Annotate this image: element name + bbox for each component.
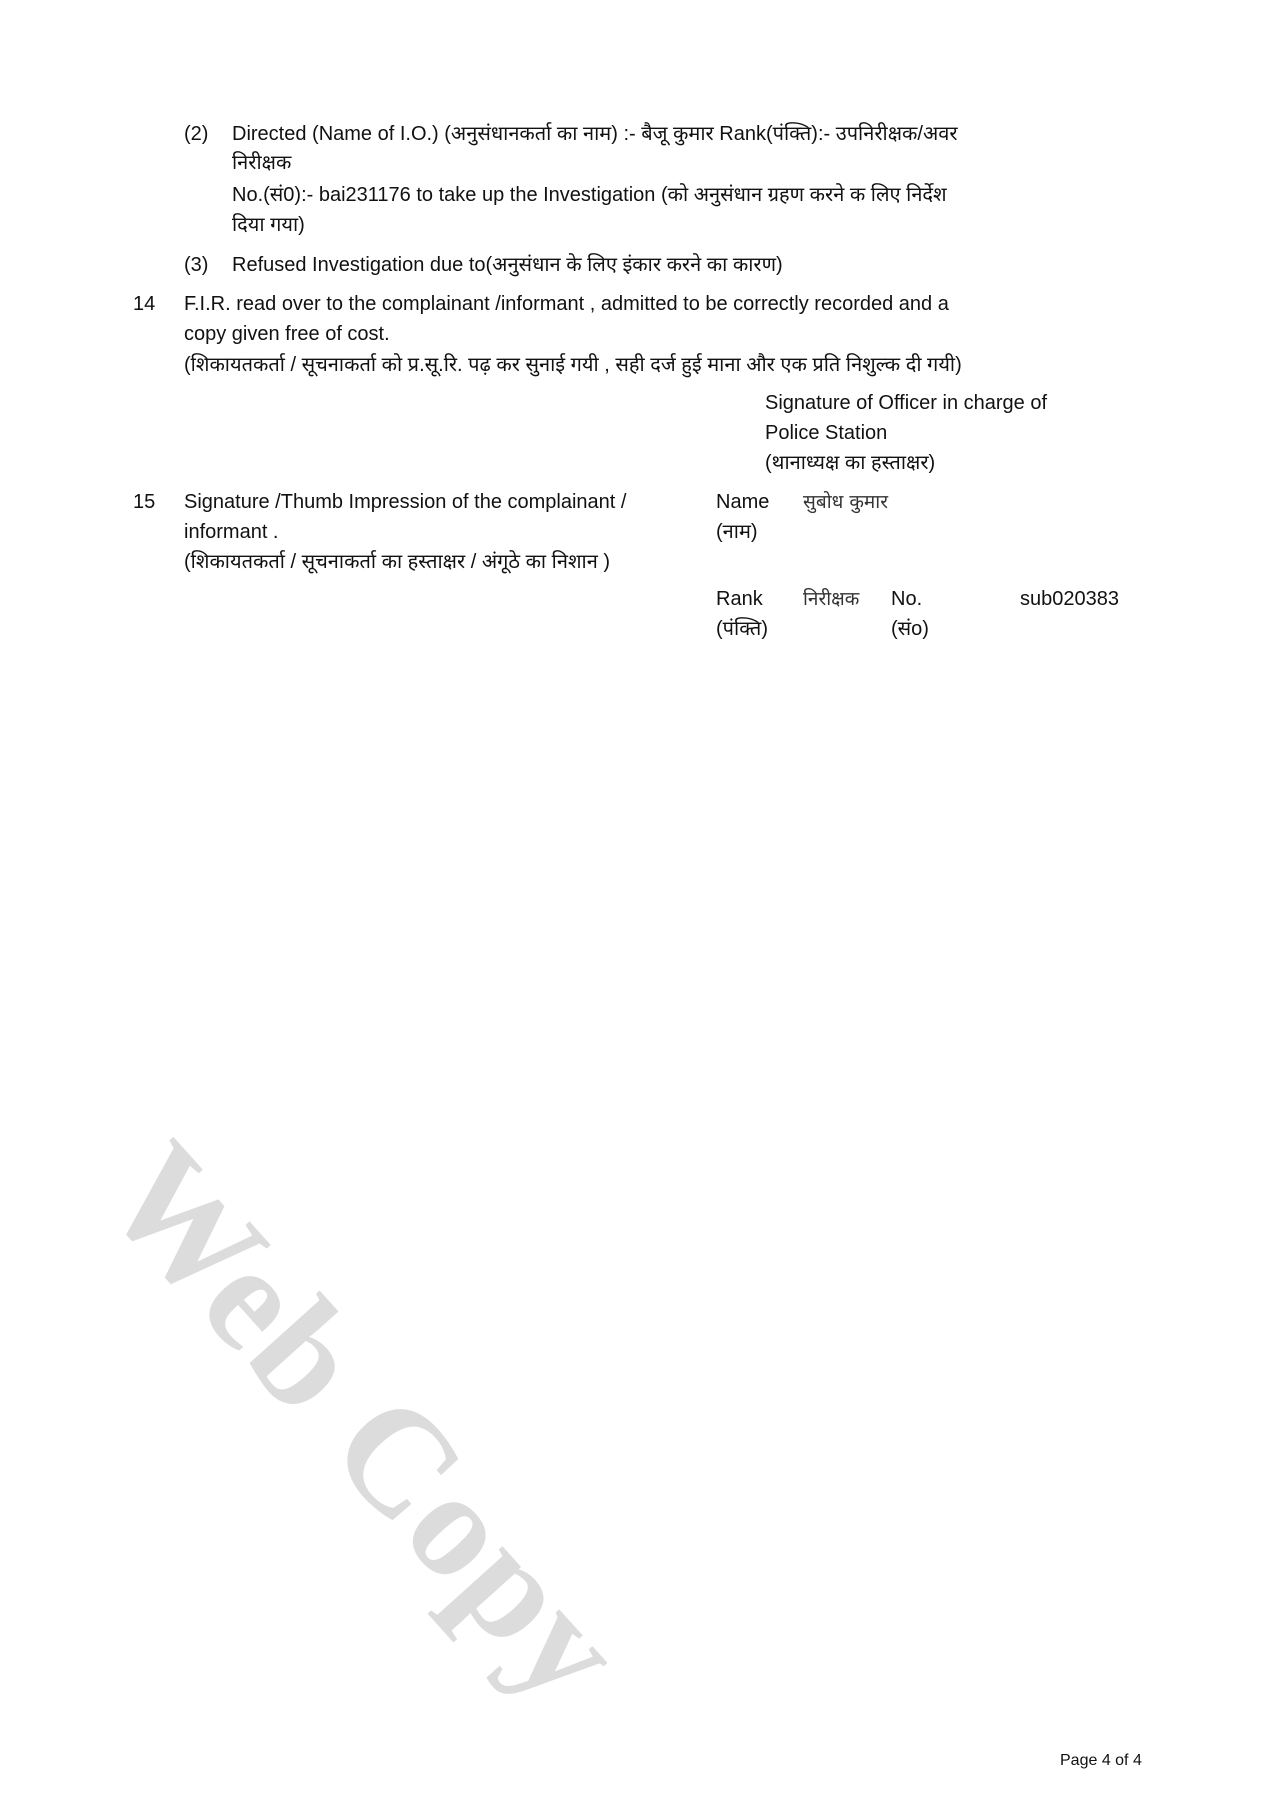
item15-line3: (शिकायतकर्ता / सूचनाकर्ता का हस्ताक्षर /… bbox=[184, 547, 610, 577]
item14-line2: copy given free of cost. bbox=[184, 319, 390, 349]
number-label: No. bbox=[891, 584, 922, 614]
number-label-hindi: (संo) bbox=[891, 614, 929, 644]
item14-number: 14 bbox=[133, 289, 155, 319]
item15-line1: Signature /Thumb Impression of the compl… bbox=[184, 487, 626, 517]
item13-sub2-line3: No.(सं0):- bai231176 to take up the Inve… bbox=[232, 180, 947, 210]
item13-sub2-line1: Directed (Name of I.O.) (अनुसंधानकर्ता क… bbox=[232, 119, 958, 149]
item13-sub2-number: (2) bbox=[184, 119, 208, 149]
item14-line1: F.I.R. read over to the complainant /inf… bbox=[184, 289, 949, 319]
officer-signature-line2: Police Station bbox=[765, 418, 887, 448]
item15-number: 15 bbox=[133, 487, 155, 517]
officer-signature-line1: Signature of Officer in charge of bbox=[765, 388, 1047, 418]
item13-sub3-text: Refused Investigation due to(अनुसंधान के… bbox=[232, 250, 783, 280]
name-label-hindi: (नाम) bbox=[716, 517, 758, 547]
complainant-name-value: सुबोध कुमार bbox=[803, 487, 888, 517]
rank-label: Rank bbox=[716, 584, 763, 614]
rank-label-hindi: (पंक्ति) bbox=[716, 614, 768, 644]
item14-line3: (शिकायतकर्ता / सूचनाकर्ता को प्र.सू.रि. … bbox=[184, 350, 962, 380]
item13-sub3-number: (3) bbox=[184, 250, 208, 280]
page-indicator: Page 4 of 4 bbox=[1060, 1752, 1142, 1770]
item13-sub2-line2: निरीक्षक bbox=[232, 148, 291, 178]
number-value: sub020383 bbox=[1020, 584, 1119, 614]
officer-signature-line3: (थानाध्यक्ष का हस्ताक्षर) bbox=[765, 448, 935, 478]
item15-line2: informant . bbox=[184, 517, 278, 547]
name-label: Name bbox=[716, 487, 769, 517]
web-copy-watermark: Web Copy bbox=[72, 1110, 660, 1736]
rank-value: निरीक्षक bbox=[803, 584, 859, 614]
item13-sub2-line4: दिया गया) bbox=[232, 210, 305, 240]
